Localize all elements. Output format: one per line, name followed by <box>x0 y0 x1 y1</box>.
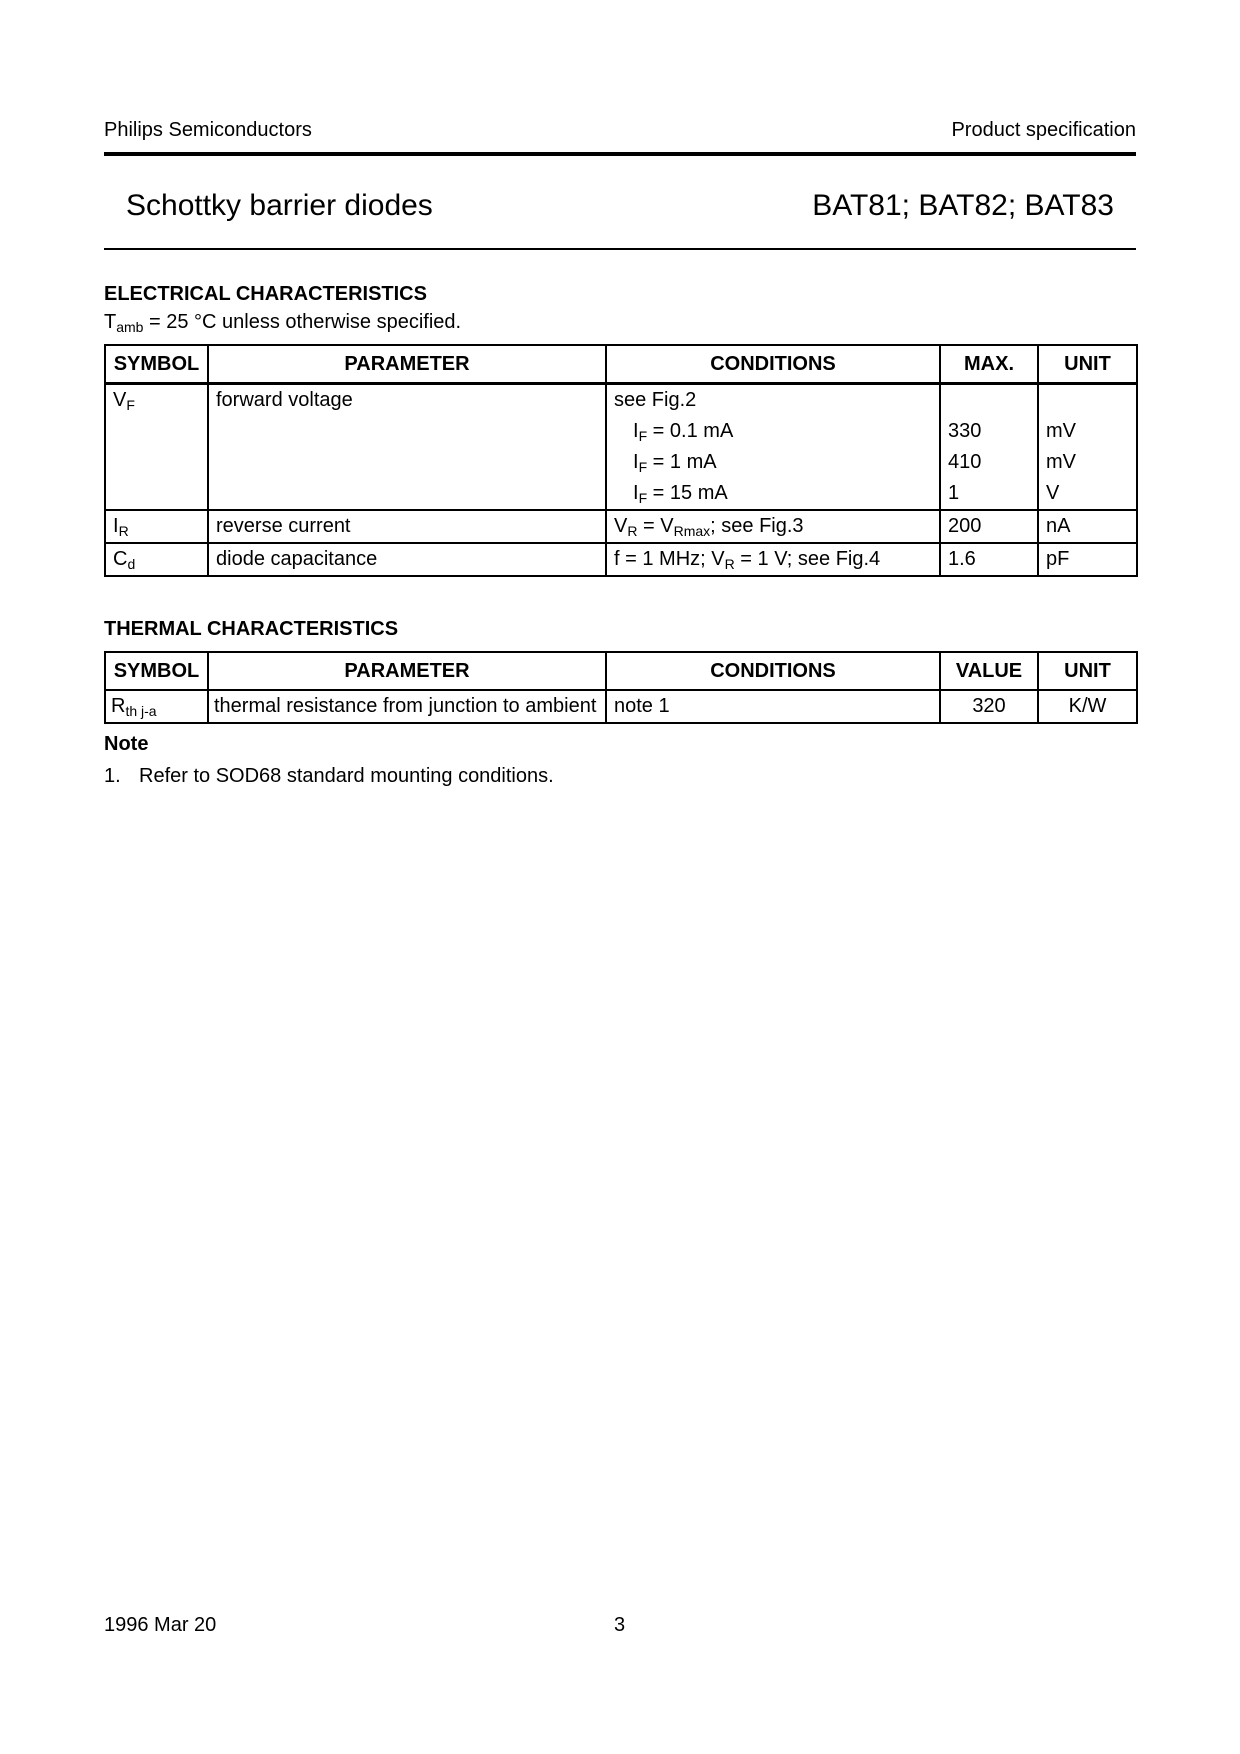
electrical-conditions-note: Tamb = 25 °C unless otherwise specified. <box>104 311 461 334</box>
table-row-forward-voltage: VF forward voltage see Fig.2 <box>105 384 1137 417</box>
parameter-cell: reverse current <box>208 510 606 543</box>
note-title: Note <box>104 733 148 756</box>
unit-cell: mV <box>1038 416 1137 447</box>
condition-cell: IF = 15 mA <box>606 478 940 510</box>
unit-cell: V <box>1038 478 1137 510</box>
max-cell: 1.6 <box>940 543 1038 576</box>
document-title: Schottky barrier diodes <box>126 189 433 223</box>
symbol-cell: Rth j-a <box>105 690 208 723</box>
thermal-section-title: THERMAL CHARACTERISTICS <box>104 618 398 641</box>
table-row-thermal-resistance: Rth j-a thermal resistance from junction… <box>105 690 1137 723</box>
note-item: 1.Refer to SOD68 standard mounting condi… <box>104 765 554 788</box>
page-number: 3 <box>614 1614 625 1637</box>
col-header-max: MAX. <box>940 345 1038 384</box>
unit-cell: mV <box>1038 447 1137 478</box>
col-header-symbol: SYMBOL <box>105 652 208 690</box>
part-numbers: BAT81; BAT82; BAT83 <box>812 189 1114 223</box>
condition-cell: see Fig.2 <box>606 384 940 417</box>
thermal-characteristics-table: SYMBOL PARAMETER CONDITIONS VALUE UNIT R… <box>104 651 1138 724</box>
electrical-characteristics-table: SYMBOL PARAMETER CONDITIONS MAX. UNIT VF… <box>104 344 1138 577</box>
max-cell: 410 <box>940 447 1038 478</box>
col-header-value: VALUE <box>940 652 1038 690</box>
symbol-cell: Cd <box>105 543 208 576</box>
max-cell: 330 <box>940 416 1038 447</box>
footer-date: 1996 Mar 20 <box>104 1614 216 1637</box>
value-cell: 320 <box>940 690 1038 723</box>
condition-cell: VR = VRmax; see Fig.3 <box>606 510 940 543</box>
parameter-cell: thermal resistance from junction to ambi… <box>208 690 606 723</box>
col-header-conditions: CONDITIONS <box>606 652 940 690</box>
max-cell <box>940 384 1038 417</box>
unit-cell: K/W <box>1038 690 1137 723</box>
unit-cell <box>1038 384 1137 417</box>
condition-cell: f = 1 MHz; VR = 1 V; see Fig.4 <box>606 543 940 576</box>
condition-cell: IF = 1 mA <box>606 447 940 478</box>
symbol-cell: IR <box>105 510 208 543</box>
condition-cell: note 1 <box>606 690 940 723</box>
unit-cell: nA <box>1038 510 1137 543</box>
table-row-reverse-current: IR reverse current VR = VRmax; see Fig.3… <box>105 510 1137 543</box>
max-cell: 1 <box>940 478 1038 510</box>
col-header-conditions: CONDITIONS <box>606 345 940 384</box>
company-name: Philips Semiconductors <box>104 119 312 142</box>
document-type: Product specification <box>951 119 1136 142</box>
col-header-unit: UNIT <box>1038 345 1137 384</box>
parameter-cell: forward voltage <box>208 384 606 511</box>
table-header-row: SYMBOL PARAMETER CONDITIONS MAX. UNIT <box>105 345 1137 384</box>
max-cell: 200 <box>940 510 1038 543</box>
col-header-parameter: PARAMETER <box>208 652 606 690</box>
unit-cell: pF <box>1038 543 1137 576</box>
condition-cell: IF = 0.1 mA <box>606 416 940 447</box>
table-header-row: SYMBOL PARAMETER CONDITIONS VALUE UNIT <box>105 652 1137 690</box>
col-header-unit: UNIT <box>1038 652 1137 690</box>
header-rule <box>104 152 1136 156</box>
electrical-section-title: ELECTRICAL CHARACTERISTICS <box>104 283 427 306</box>
title-rule <box>104 248 1136 250</box>
parameter-cell: diode capacitance <box>208 543 606 576</box>
symbol-cell: VF <box>105 384 208 511</box>
table-row-diode-capacitance: Cd diode capacitance f = 1 MHz; VR = 1 V… <box>105 543 1137 576</box>
col-header-symbol: SYMBOL <box>105 345 208 384</box>
col-header-parameter: PARAMETER <box>208 345 606 384</box>
